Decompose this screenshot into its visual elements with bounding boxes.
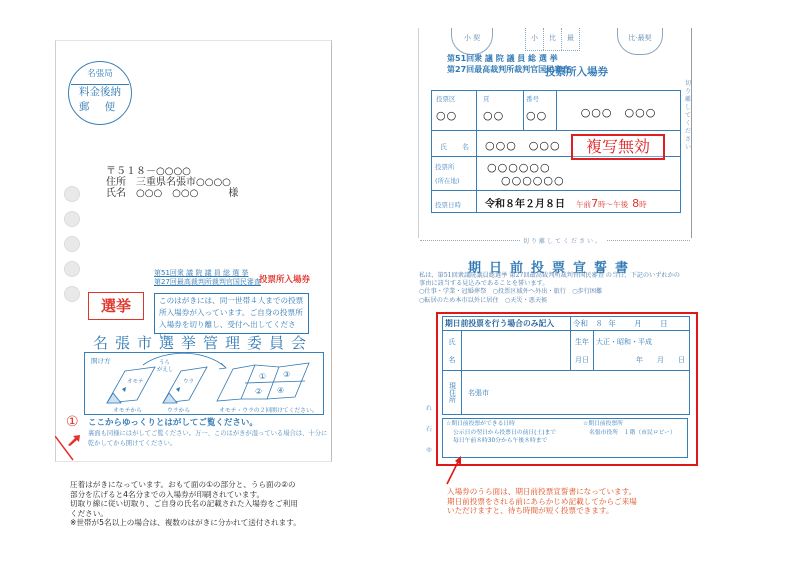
ticket-title: 投票所入場券 (545, 64, 608, 79)
date-label-cell: 投票日時 (432, 191, 477, 213)
district-value: ○○ (436, 109, 476, 122)
punch-hole-icon (64, 286, 80, 302)
punch-hole-icon (64, 261, 80, 277)
era-options: 大正・昭和・平成 (596, 333, 687, 351)
caption-front: オモテから (113, 405, 142, 414)
address-input[interactable]: 名張市 (462, 371, 690, 415)
place-label: 投票所 (435, 162, 476, 171)
district-label: 投票区 (436, 94, 476, 103)
note-line: 入場券のうら面は、期日前投票宣誓書になっています。 (447, 487, 737, 497)
name-label: 氏 名 (440, 143, 473, 151)
side-char: れ (426, 398, 432, 419)
note-line: 部分を広げると4名分までの入場券が印刷されています。 (70, 490, 360, 500)
election-line-2: 第27回最高裁判所裁判官国民審査 (154, 278, 261, 287)
stamp-small-contract: 小 契 (451, 28, 493, 55)
early-voting-info: ☆期日前投票ができる日時 公示日の翌日から投票日の前日(土)まで 毎日午前８時3… (442, 418, 688, 458)
svg-text:オモテ: オモテ (127, 377, 144, 385)
number-label: 番号 (526, 94, 556, 103)
declaration-line: ○仕事・学業・冠婚葬祭 ○投票区域外へ外出・旅行 ○歩行困難 (419, 288, 689, 296)
stamp-proportional: 比·最契 (617, 28, 663, 55)
postcard-explanation: 圧着はがきになっています。おもて面の①の部分と、うら面の②の 部分を広げると4名… (70, 480, 360, 528)
name-input[interactable] (462, 331, 571, 371)
postage-paid-stamp: 名張局 料金後納 郵 便 (68, 61, 132, 125)
birth-label-cell: 生年 月日 (571, 331, 594, 371)
peel-number: ① (66, 414, 79, 430)
page-cell: 頁 ○○ (477, 91, 524, 131)
peel-instruction[interactable]: ここからゆっくりとはがしてご覧ください。 (88, 416, 258, 428)
date-label: 投票日時 (435, 201, 461, 209)
page-value: ○○ (483, 109, 523, 122)
year-label: 年 (608, 319, 616, 328)
info-when-line1: 公示日の翌日から投票日の前日(土)まで (453, 430, 556, 438)
birth-input[interactable]: 大正・昭和・平成 年 月 日 (594, 331, 690, 371)
birth-label-2: 月日 (573, 351, 591, 369)
time-mid: 時～午後 (598, 200, 628, 209)
place-label-cell: 投票所 (所在地) (432, 157, 477, 191)
form-header: 期日前投票を行う場合のみ記入 (443, 317, 571, 331)
side-characters: れ 石 ゆ (426, 398, 432, 461)
svg-text:ウラ: ウラ (183, 378, 194, 385)
svg-text:④: ④ (277, 386, 284, 395)
household-notice: このはがきには、同一世帯４人までの投票所入場券が入っています。ご自身の投票所入場… (154, 293, 309, 334)
place-value-cell: ○○○○○○ ○○○○○○ (477, 157, 681, 191)
committee-name: 名張市選挙管理委員会 (88, 332, 318, 353)
district-cell: 投票区 ○○ (432, 91, 477, 131)
year-value: ８ (595, 319, 603, 328)
name-label-2: 名 (445, 351, 459, 369)
name-value: ○○○ ○○○ (485, 139, 561, 152)
cut-side-text: 切り離してください (685, 80, 693, 152)
note-line: 期日前投票をされる前にあらかじめ記載してからご来場 (447, 497, 737, 507)
svg-text:②: ② (255, 387, 262, 396)
declaration-body: 私は、第51回衆議院議員総選挙 第27回最高裁判所裁判官国民審査 の当日、下記の… (419, 272, 689, 305)
name-line: 氏名 ○○○ ○○○ 様 (106, 188, 238, 199)
punch-hole-icon (64, 211, 80, 227)
name-label-cell: 氏 名 (443, 331, 462, 371)
note-line: ください。 (70, 509, 360, 519)
note-line: 圧着はがきになっています。おもて面の①の部分と、うら面の②の (70, 480, 360, 490)
seal-box: 小 (526, 28, 544, 50)
copy-void-stamp: 複写無効 (571, 134, 665, 160)
punch-hole-icon (64, 186, 80, 202)
declaration-highlight-box: 期日前投票を行う場合のみ記入 令和 ８ 年 月 日 氏 名 生年 月日 大正・昭… (436, 312, 698, 466)
ticket-title: 投票所入場券 (259, 273, 310, 285)
recipient-address: 〒５１８－○○○○ 住所 三重県名張市○○○○ 氏名 ○○○ ○○○ 様 (106, 166, 238, 199)
election-heading: 第51回衆 議 院 議 員 総 選 挙 第27回最高裁判所裁判官国民審査 (154, 269, 261, 287)
caption-both: オモテ・ウラの２回開けてください。 (219, 405, 318, 414)
declaration-form: 期日前投票を行う場合のみ記入 令和 ８ 年 月 日 氏 名 生年 月日 大正・昭… (442, 316, 690, 415)
stamp-office: 名張局 (69, 70, 131, 79)
birth-label-1: 生年 (573, 333, 591, 351)
election-line-1: 第51回衆 議 院 議 員 総 選 挙 (447, 54, 570, 65)
svg-text:③: ③ (283, 370, 290, 379)
note-line: ※世帯が5名以上の場合は、複数のはがきに分かれて送付されます。 (70, 518, 360, 528)
stamp-line2: 郵 便 (69, 102, 131, 114)
svg-text:うら: うら (159, 359, 170, 366)
place-sublabel: (所在地) (435, 176, 476, 185)
side-char: 石 (426, 419, 432, 440)
caption-back: ウラから (167, 405, 190, 414)
date-value-cell: 令和８年２月８日 午前7時～午後8時 (477, 191, 681, 213)
info-when-line2: 毎日午前８時30分から午後８時まで (453, 438, 547, 446)
note-line: いただけますと、待ち時間が短く投票できます。 (447, 506, 737, 516)
opening-instructions: 開け方 オモテ ウラ うら がえし (84, 352, 324, 415)
info-where-title: ☆期日前投票所 (583, 421, 623, 429)
seal-box: 比 (544, 28, 562, 50)
admission-ticket: 小 契 小 比 最 比·最契 第51回衆 議 院 議 員 総 選 挙 第27回最… (418, 28, 692, 238)
address-value: 名張市 (468, 389, 489, 397)
postal-code: 〒５１８－○○○○ (106, 166, 238, 177)
code-value: ○○○ ○○○ (581, 106, 657, 119)
note-line: 切取り線に従い切取り、ご自身の氏名の記載された入場券をご利用 (70, 499, 360, 509)
day-label: 日 (660, 319, 668, 328)
name-label-cell: 氏 名 (432, 131, 477, 157)
declaration-line: ○転居のため本市以外に居住 ○天災・悪天候 (419, 297, 689, 305)
number-value: ○○ (526, 109, 556, 122)
peel-subnote: 裏面も同様にはがしてご覧ください。万一、このはがきが湿っている場合は、十分に乾か… (88, 429, 328, 449)
svg-text:がえし: がえし (157, 366, 174, 373)
svg-text:①: ① (259, 372, 266, 381)
info-where-value: 名張市役所 １階（市民ロビー） (589, 430, 676, 438)
form-date[interactable]: 令和 ８ 年 月 日 (571, 317, 690, 331)
election-date: 令和８年２月８日 (485, 199, 565, 210)
punch-hole-icon (64, 236, 80, 252)
name-label-1: 氏 (445, 333, 459, 351)
reiwa-label: 令和 (573, 319, 588, 328)
seal-boxes: 小 比 最 (525, 28, 580, 51)
code-cell: ○○○ ○○○ (557, 91, 681, 131)
place-value-2: ○○○○○○ (501, 174, 680, 187)
page-label: 頁 (483, 94, 523, 103)
address-label: 現住所 (443, 371, 462, 415)
place-value-1: ○○○○○○ (487, 161, 680, 174)
birth-ymd: 年 月 日 (596, 351, 687, 369)
peel-corner-icon (55, 436, 75, 462)
cut-line-text: 切り離してください。 (520, 236, 606, 245)
declaration-explanation: 入場券のうら面は、期日前投票宣誓書になっています。 期日前投票をされる前にあらか… (447, 487, 737, 516)
declaration-line: 私は、第51回衆議院議員総選挙 第27回最高裁判所裁判官国民審査 の当日、下記の… (419, 272, 689, 280)
seal-box: 最 (562, 28, 579, 50)
postcard-front: 名張局 料金後納 郵 便 〒５１８－○○○○ 住所 三重県名張市○○○○ 氏名 … (55, 40, 332, 462)
time-am: 午前 (576, 200, 591, 209)
address-line: 住所 三重県名張市○○○○ (106, 177, 238, 188)
election-label-box: 選挙 (88, 292, 144, 320)
info-when-title: ☆期日前投票ができる日時 (446, 421, 515, 429)
time-suffix: 時 (639, 200, 647, 209)
number-cell: 番号 ○○ (524, 91, 557, 131)
election-line-1: 第51回衆 議 院 議 員 総 選 挙 (154, 269, 261, 278)
month-label: 月 (634, 319, 642, 328)
side-char: ゆ (426, 440, 432, 461)
stamp-line1: 料金後納 (69, 87, 131, 99)
pointer-arrow-icon (445, 455, 465, 485)
